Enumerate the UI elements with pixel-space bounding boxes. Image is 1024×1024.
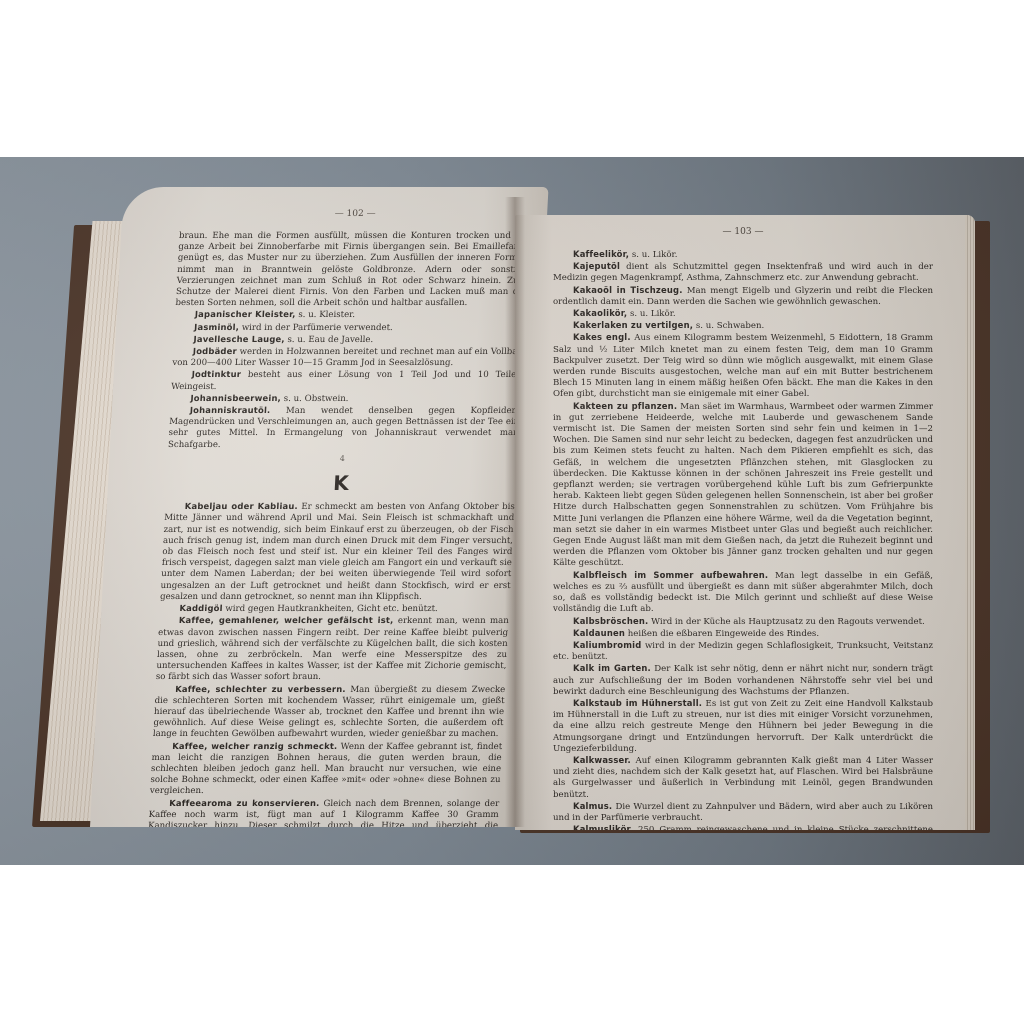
entry-text: s. u. Obstwein. — [284, 394, 349, 404]
entry-text: s. u. Schwaben. — [696, 321, 764, 331]
entry-term: Kaldaunen — [573, 628, 625, 638]
entry: Johannisbeerwein, s. u. Obstwein. — [170, 393, 521, 405]
entry: Kakaoöl in Tischzeug. Man mengt Eigelb u… — [553, 285, 933, 308]
entry-term: Kakaoöl in Tischzeug. — [573, 285, 683, 295]
entry: Kakteen zu pflanzen. Man säet im Warmhau… — [553, 401, 933, 570]
entry-term: Kaffee, schlechter zu verbessern. — [175, 684, 346, 694]
entry: Kakerlaken zu vertilgen, s. u. Schwaben. — [553, 320, 933, 332]
entry-term: Jodtinktur — [191, 369, 241, 379]
page-number: — 102 — — [180, 209, 531, 219]
entry-term: Kakteen zu pflanzen. — [573, 401, 677, 411]
entry: Kaffee, schlechter zu verbessern. Man üb… — [153, 684, 506, 741]
entry: Jodtinktur besteht aus einer Lösung von … — [171, 369, 522, 392]
entry-text: Wird in der Küche als Hauptzusatz zu den… — [651, 617, 925, 627]
intro-paragraph: braun. Ehe man die Formen ausfüllt, müss… — [175, 231, 529, 309]
entry-term: Johannisbeerwein, — [190, 393, 281, 403]
entry-text: s. u. Likör. — [630, 309, 676, 319]
entry: Kalbsbröschen. Wird in der Küche als Hau… — [553, 616, 933, 628]
entry-term: Jodbäder — [193, 346, 237, 356]
page-number: — 103 — — [553, 227, 933, 237]
entry-term: Kajeputöl — [573, 261, 620, 271]
book-gutter — [505, 197, 525, 827]
entry: Johanniskrautöl. Man wendet denselben ge… — [168, 405, 520, 451]
entry-term: Kakes engl. — [573, 332, 631, 342]
entry: Kajeputöl dient als Schutzmittel gegen I… — [553, 261, 933, 284]
entry-term: Kaffee, welcher ranzig schmeckt. — [172, 741, 338, 751]
entry-term: Kaffee, gemahlener, welcher gefälscht is… — [179, 615, 394, 625]
entry: Jodbäder werden in Holzwannen bereitet u… — [172, 346, 523, 369]
entry-term: Kaddigöl — [179, 603, 223, 613]
entry-term: Javellesche Lauge, — [193, 334, 285, 344]
entry: Kalmus. Die Wurzel dient zu Zahnpulver u… — [553, 801, 933, 824]
entry: Kakaolikör, s. u. Likör. — [553, 308, 933, 320]
entry-text: Er schmeckt am besten von Anfang Oktober… — [160, 502, 515, 602]
entry-term: Kabeljau oder Kabliau. — [185, 501, 299, 511]
entry: Kalmuslikör. 250 Gramm reingewaschene un… — [553, 824, 933, 830]
entry-term: Kalbsbröschen. — [573, 616, 648, 626]
entry-term: Jasminöl, — [194, 322, 239, 332]
entry-text: wird in der Parfümerie verwendet. — [242, 323, 393, 333]
entry: Kalbfleisch im Sommer aufbewahren. Man l… — [553, 570, 933, 616]
entry: Kalkstaub im Hühnerstall. Es ist gut von… — [553, 698, 933, 755]
photo: — 102 — braun. Ehe man die Formen ausfül… — [0, 157, 1024, 865]
entry-term: Kaffeelikör, — [573, 249, 629, 259]
entry: Kalkwasser. Auf einen Kilogramm gebrannt… — [553, 755, 933, 801]
entry: Japanischer Kleister, s. u. Kleister. — [174, 309, 525, 321]
entry-term: Johanniskrautöl. — [190, 405, 271, 415]
section-letter: K — [166, 478, 517, 489]
entry-text: erkennt man, wenn man etwas davon zwisch… — [156, 616, 509, 682]
entry: Kakes engl. Aus einem Kilogramm bestem W… — [553, 332, 933, 400]
entry: Jasminöl, wird in der Parfümerie verwend… — [174, 322, 525, 334]
entry-term: Kalk im Garten. — [573, 663, 651, 673]
entry: Kaldaunen heißen die eßbaren Eingeweide … — [553, 628, 933, 640]
entry: Kaffeearoma zu konservieren. Gleich nach… — [147, 798, 499, 827]
entry-term: Kakaolikör, — [573, 308, 627, 318]
entry-text: heißen die eßbaren Eingeweide des Rindes… — [628, 629, 819, 639]
entry-term: Kaliumbromid — [573, 640, 641, 650]
entry: Kaliumbromid wird in der Medizin gegen S… — [553, 640, 933, 663]
entry-term: Kalkstaub im Hühnerstall. — [573, 698, 702, 708]
entry: Kabeljau oder Kabliau. Er schmeckt am be… — [160, 501, 515, 603]
entry: Kaffee, welcher ranzig schmeckt. Wenn de… — [150, 741, 503, 798]
entry-text: s. u. Eau de Javelle. — [287, 335, 373, 345]
entry: Kaddigöl wird gegen Hautkrankheiten, Gic… — [159, 603, 510, 615]
right-page: — 103 — Kaffeelikör, s. u. Likör. Kajepu… — [515, 215, 975, 830]
entry-term: Kalmuslikör. — [573, 824, 633, 830]
entry: Kaffee, gemahlener, welcher gefälscht is… — [156, 615, 510, 683]
entry-text: Man säet im Warmhaus, Warmbeet oder warm… — [553, 402, 933, 569]
entry-text: s. u. Kleister. — [298, 310, 355, 320]
entry-term: Kalmus. — [573, 801, 612, 811]
entry-term: Japanischer Kleister, — [195, 309, 296, 319]
entry-term: Kalkwasser. — [573, 755, 631, 765]
entry-text: Aus einem Kilogramm bestem Weizenmehl, 5… — [553, 333, 933, 399]
entry-term: Kalbfleisch im Sommer aufbewahren. — [573, 570, 768, 580]
entry-term: Kakerlaken zu vertilgen, — [573, 320, 693, 330]
footnote-mark: 4 — [167, 453, 518, 464]
entry-term: Kaffeearoma zu konservieren. — [169, 798, 320, 808]
entry-text: wird gegen Hautkrankheiten, Gicht etc. b… — [225, 604, 438, 614]
entry: Kaffeelikör, s. u. Likör. — [553, 249, 933, 261]
entry: Kalk im Garten. Der Kalk ist sehr nötig,… — [553, 663, 933, 698]
entry-text: s. u. Likör. — [632, 250, 678, 260]
left-page: — 102 — braun. Ehe man die Formen ausfül… — [90, 187, 549, 827]
entry: Javellesche Lauge, s. u. Eau de Javelle. — [173, 334, 524, 346]
